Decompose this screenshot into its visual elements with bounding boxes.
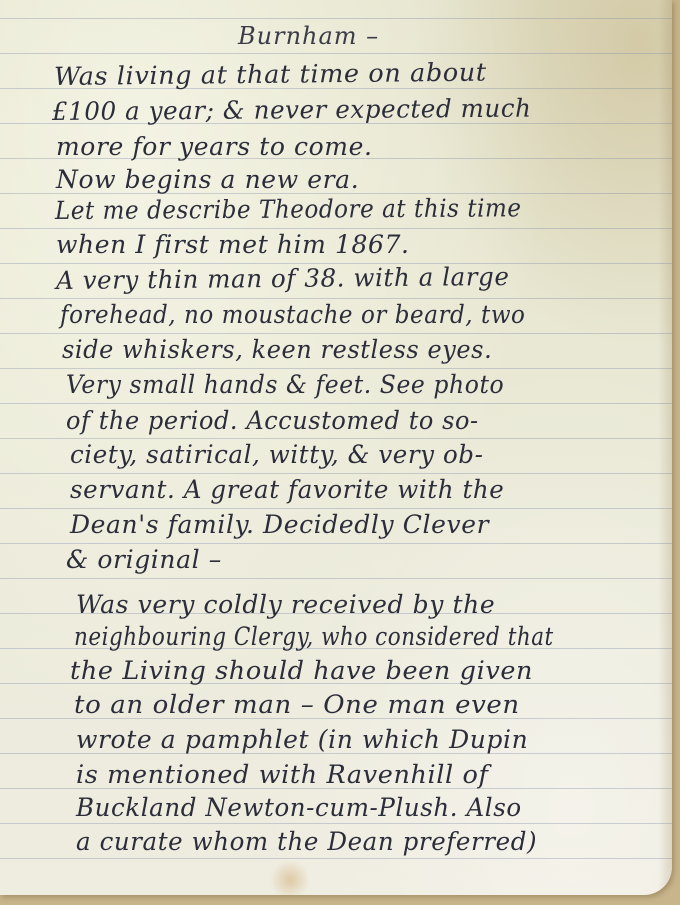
- text-line-13: servant. A great favorite with the: [70, 475, 504, 505]
- text-line-17: neighbouring Clergy, who considered that: [74, 622, 554, 652]
- text-line-14: Dean's family. Decidedly Clever: [70, 510, 489, 540]
- text-line-23: a curate whom the Dean preferred): [76, 827, 537, 857]
- text-line-7: A very thin man of 38. with a large: [56, 262, 510, 296]
- text-line-1: Was living at that time on about: [54, 58, 487, 92]
- text-line-6: when I first met him 1867.: [56, 230, 410, 260]
- paper-stain: [270, 860, 310, 895]
- text-line-19: to an older man – One man even: [74, 690, 520, 720]
- text-line-15: & original –: [66, 545, 222, 575]
- page-heading: Burnham –: [238, 22, 379, 50]
- text-line-8: forehead, no moustache or beard, two: [60, 300, 525, 330]
- text-line-21: is mentioned with Ravenhill of: [76, 760, 489, 790]
- text-line-16: Was very coldly received by the: [76, 590, 495, 620]
- text-line-20: wrote a pamphlet (in which Dupin: [76, 725, 528, 755]
- text-line-9: side whiskers, keen restless eyes.: [62, 335, 492, 365]
- text-line-11: of the period. Accustomed to so-: [66, 406, 479, 436]
- text-line-2: £100 a year; & never expected much: [52, 94, 532, 127]
- text-line-3: more for years to come.: [56, 132, 373, 162]
- text-line-12: ciety, satirical, witty, & very ob-: [70, 440, 483, 470]
- manuscript-page: Burnham – Was living at that time on abo…: [0, 0, 672, 895]
- text-line-22: Buckland Newton-cum-Plush. Also: [76, 793, 522, 823]
- text-line-10: Very small hands & feet. See photo: [66, 370, 504, 400]
- text-line-18: the Living should have been given: [70, 656, 533, 686]
- text-line-5: Let me describe Theodore at this time: [55, 193, 522, 226]
- page-edge-shadow: [658, 0, 672, 895]
- text-line-4: Now begins a new era.: [56, 165, 359, 195]
